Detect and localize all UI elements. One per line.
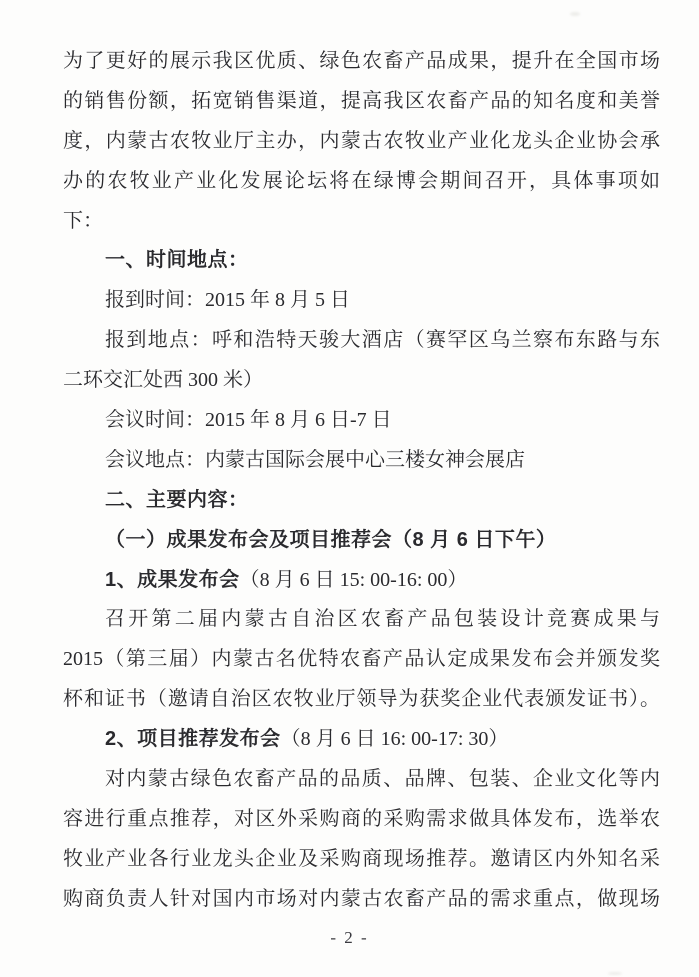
scan-smudge [608, 972, 622, 975]
body-text: 2015（第三届）内蒙古名优特农畜产品认定成果发布会并颁发奖 [63, 648, 660, 670]
heading-text: （一）成果发布会及项目推荐会（8 月 6 日下午） [105, 529, 556, 551]
text-line: 容进行重点推荐，对区外采购商的采购需求做具体发布，选举农 [63, 800, 660, 840]
text-line: 度，内蒙古农牧业厅主办，内蒙古农牧业产业化龙头企业协会承 [63, 122, 660, 162]
heading-line: 2、项目推荐发布会（8 月 6 日 16: 00-17: 30） [63, 720, 660, 760]
heading-text: 一、时间地点： [105, 249, 249, 271]
heading-line: 1、成果发布会（8 月 6 日 15: 00-16: 00） [63, 561, 660, 601]
body-text: 牧业产业各行业龙头企业及采购商现场推荐。邀请区内外知名采 [63, 848, 660, 870]
body-text: 下： [63, 210, 103, 232]
body-text: 会议地点：内蒙古国际会展中心三楼女神会展店 [105, 449, 525, 471]
heading-text: 1、成果发布会 [105, 569, 240, 591]
page-number: - 2 - [0, 928, 699, 948]
heading-text: 2、项目推荐发布会 [105, 728, 281, 750]
text-line: 报到时间：2015 年 8 月 5 日 [63, 281, 660, 321]
heading-line: 二、主要内容： [63, 481, 660, 521]
body-text: 杯和证书（邀请自治区农牧业厅领导为获奖企业代表颁发证书）。 [63, 688, 660, 710]
body-text: 召开第二届内蒙古自治区农畜产品包装设计竞赛成果与 [105, 608, 660, 630]
text-line: 2015（第三届）内蒙古名优特农畜产品认定成果发布会并颁发奖 [63, 640, 660, 680]
scan-smudge [570, 12, 580, 16]
text-line: 牧业产业各行业龙头企业及采购商现场推荐。邀请区内外知名采 [63, 840, 660, 880]
text-line: 会议地点：内蒙古国际会展中心三楼女神会展店 [63, 441, 660, 481]
body-text: 报到时间：2015 年 8 月 5 日 [105, 289, 350, 311]
body-text: 办的农牧业产业化发展论坛将在绿博会期间召开，具体事项如 [63, 170, 660, 192]
body-text: 容进行重点推荐，对区外采购商的采购需求做具体发布，选举农 [63, 808, 660, 830]
body-text: 会议时间：2015 年 8 月 6 日-7 日 [105, 409, 392, 431]
body-text: （8 月 6 日 16: 00-17: 30） [281, 728, 509, 750]
text-line: 召开第二届内蒙古自治区农畜产品包装设计竞赛成果与 [63, 600, 660, 640]
body-text: 的销售份额，拓宽销售渠道，提高我区农畜产品的知名度和美誉 [63, 90, 660, 112]
text-line: 的销售份额，拓宽销售渠道，提高我区农畜产品的知名度和美誉 [63, 82, 660, 122]
text-line: 会议时间：2015 年 8 月 6 日-7 日 [63, 401, 660, 441]
text-line: 报到地点：呼和浩特天骏大酒店（赛罕区乌兰察布东路与东 [63, 321, 660, 361]
heading-line: 一、时间地点： [63, 241, 660, 281]
text-line: 二环交汇处西 300 米） [63, 361, 660, 401]
text-line: 购商负责人针对国内市场对内蒙古农畜产品的需求重点，做现场 [63, 880, 660, 920]
body-text: 购商负责人针对国内市场对内蒙古农畜产品的需求重点，做现场 [63, 888, 660, 910]
document-body: 为了更好的展示我区优质、绿色农畜产品成果，提升在全国市场的销售份额，拓宽销售渠道… [63, 42, 660, 920]
document-page: 为了更好的展示我区优质、绿色农畜产品成果，提升在全国市场的销售份额，拓宽销售渠道… [0, 0, 699, 977]
body-text: 报到地点：呼和浩特天骏大酒店（赛罕区乌兰察布东路与东 [105, 329, 660, 351]
body-text: （8 月 6 日 15: 00-16: 00） [240, 569, 468, 591]
text-line: 对内蒙古绿色农畜产品的品质、品牌、包装、企业文化等内 [63, 760, 660, 800]
body-text: 度，内蒙古农牧业厅主办，内蒙古农牧业产业化龙头企业协会承 [63, 130, 660, 152]
text-line: 为了更好的展示我区优质、绿色农畜产品成果，提升在全国市场 [63, 42, 660, 82]
body-text: 二环交汇处西 300 米） [63, 369, 263, 391]
body-text: 对内蒙古绿色农畜产品的品质、品牌、包装、企业文化等内 [105, 768, 660, 790]
body-text: 为了更好的展示我区优质、绿色农畜产品成果，提升在全国市场 [63, 50, 660, 72]
heading-text: 二、主要内容： [105, 489, 249, 511]
text-line: 杯和证书（邀请自治区农牧业厅领导为获奖企业代表颁发证书）。 [63, 680, 660, 720]
heading-line: （一）成果发布会及项目推荐会（8 月 6 日下午） [63, 521, 660, 561]
text-line: 下： [63, 202, 660, 242]
text-line: 办的农牧业产业化发展论坛将在绿博会期间召开，具体事项如 [63, 162, 660, 202]
